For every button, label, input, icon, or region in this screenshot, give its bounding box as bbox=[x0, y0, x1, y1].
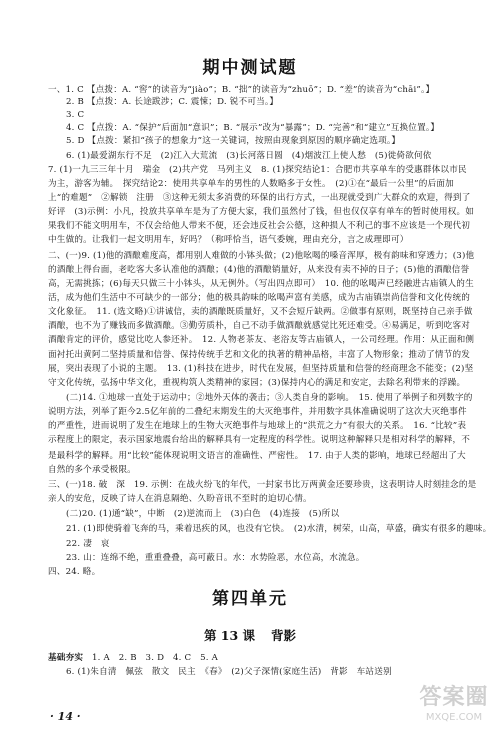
answer-line: 果我们不能文明用车，不仅会给他人带来不便，还会违反社会公德，这种损人不利己的事不… bbox=[48, 221, 470, 232]
answer-line: 二、(一)9. (1)他的酒酿难度高，都用别人难做的小钵头做；(2)他吆喝的嗓音… bbox=[48, 251, 474, 262]
answer-line: 活，成为他们生活中不可缺少的一部分；他的极具韵味的吆喝声富有美感，成为古庙镇崇尚… bbox=[48, 293, 470, 304]
answer-line: 的严重性，进而说明了发生在地球上的生物大灭绝事件与地球上的“洪荒之力”有很大的关… bbox=[48, 421, 466, 432]
watermark-logo: 答案圈 bbox=[410, 685, 498, 711]
watermark: 答案圈 MXQE.COM bbox=[410, 685, 498, 733]
answer-line: 自然的多个承受极限。 bbox=[48, 465, 136, 476]
unit-title: 第四单元 bbox=[0, 584, 500, 609]
answer-line: 三、(一)18. 破 深 19. 示例：在战火纷飞的年代，一封家书比万两黄金还要… bbox=[48, 480, 476, 491]
answer-line: 的酒酿上得台面，老吃客大多认准他的酒酿；(4)他的酒酿销量好，从来没有卖不掉的日… bbox=[48, 265, 469, 276]
lesson-answer-line: 基础夯实 1. A 2. B 3. D 4. C 5. A bbox=[48, 653, 218, 664]
answer-line: 中生做的。让我们一起文明用车，好吗？（称呼恰当，语气委婉，理由充分，言之成理即可… bbox=[48, 235, 409, 246]
answer-line: 好评 (3)示例：小凡，投放共享单车是为了方便大家，我们虽然付了钱，但也仅仅享有… bbox=[48, 207, 474, 218]
answer-line: (二)20. (1)通“缺”，中断 (2)逆流而上 (3)白色 (4)连接 (5… bbox=[66, 509, 339, 520]
answer-text: 6. (1)朱自清 佩弦 散文 民主 《春》 (2)父子深情(家庭生活) 背影 … bbox=[66, 667, 392, 677]
section-label: 基础夯实 bbox=[48, 653, 83, 663]
lesson-answer-line: 6. (1)朱自清 佩弦 散文 民主 《春》 (2)父子深情(家庭生活) 背影 … bbox=[66, 667, 392, 678]
answer-line: 3. C bbox=[66, 110, 84, 121]
answer-line: 亲人的安危，反映了诗人在消息隔绝、久盼音讯不至时的迫切心情。 bbox=[48, 494, 312, 505]
answer-line: 为主，游客为辅。 探究结论2：使用共享单车的男性的人数略多于女性。 (2)①在“… bbox=[48, 179, 454, 190]
answer-line: 21. (1)即使骑着飞奔的马，乘着迅疾的风，也没有它快。 (2)水清，树荣，山… bbox=[66, 524, 491, 535]
page-number: · 14 · bbox=[50, 710, 81, 723]
answer-line: 4. C 【点拨：A. “保护”后面加“意识”；B. “展示”改为“暴露”；D.… bbox=[66, 123, 439, 134]
answer-line: 22. 凄 哀 bbox=[66, 539, 110, 550]
answer-line: 四、24. 略。 bbox=[48, 567, 100, 578]
lesson-title: 第 13 课背影 bbox=[0, 626, 500, 644]
lesson-number: 第 13 课 bbox=[204, 628, 255, 643]
answer-line: 5. D 【点拨：紧扣“孩子的想象力”这一关键词，按照由现象到原因的顺序确定选项… bbox=[66, 136, 400, 147]
answer-line: (二)14. ①地球一直处于运动中；②地外天体的袭击；③人类自身的影响。 15.… bbox=[66, 393, 473, 404]
answer-line: 酒酿，也不为了赚钱而多做酒酿。③勤劳质朴，自己不动手做酒酿就感觉比死还难受。④易… bbox=[48, 321, 470, 332]
answer-line: 展，突出表现了小说的主题。 13. (1)科技在进步，时代在发展，但坚持质量和信… bbox=[48, 364, 473, 375]
section-title: 期中测试题 bbox=[0, 53, 500, 78]
answer-text: 1. A 2. B 3. D 4. C 5. A bbox=[83, 653, 218, 663]
answer-line: 6. (1)最爱湖东行不足 (2)江入大荒流 (3)长河落日圆 (4)烟波江上使… bbox=[66, 151, 432, 162]
answer-page: 期中测试题 一、1. C 【点拨：A. “窖”的读音为“jiào”；B. “拙”… bbox=[0, 0, 500, 734]
answer-line: 7. (1)一九三三年十月 瑞金 (2)共产党 马列主义 8. (1)探究结论1… bbox=[48, 165, 467, 176]
answer-line: 上“的难题” ②解锁 注册 ③这种无须太多消费的环保的出行方式，一出现就受到广大… bbox=[48, 193, 471, 204]
answer-line: 酒酿肯定的评价，感觉比吃人参还补。 12. 人物老茶友、老浴友等古庙镇人，一公司… bbox=[48, 335, 474, 346]
answer-line: 文化象征。 11. (选文略)①讲诚信，卖的酒酿既质量好，又不会短斤缺两。②做事… bbox=[48, 307, 473, 318]
watermark-url: MXQE.COM bbox=[410, 711, 498, 725]
answer-line: 示程度上的限定，表示国家地震台给出的解释具有一定程度的科学性。说明这种解释只是相… bbox=[48, 435, 470, 446]
lesson-name: 背影 bbox=[271, 628, 296, 643]
answer-line: 面衬托出黄阿二坚持质量和信誉、保持传统手艺和文化的执著的精神品格，丰富了人物形象… bbox=[48, 350, 470, 361]
answer-line: 高，无需挑拣；(6)每天只做三十小钵头，从无例外。（写出四点即可） 10. 他的… bbox=[48, 279, 474, 290]
answer-line: 一、1. C 【点拨：A. “窖”的读音为“jiào”；B. “拙”的读音为“z… bbox=[48, 85, 434, 96]
answer-line: 是最科学的解释。用“比较”能体现说明文语言的准确性、严密性。 17. 由于人类的… bbox=[48, 451, 466, 462]
answer-line: 2. B 【点拨：A. 长途跋涉；C. 震悚；D. 锐不可当。】 bbox=[66, 97, 278, 108]
answer-line: 23. 山：连绵不绝，重重叠叠，高可蔽日。水：水势险恶，水位高，水流急。 bbox=[66, 553, 365, 564]
answer-line: 说明方法，列举了距今2.5亿年前的二叠纪末期发生的大灭绝事件，并用数字具体准确说… bbox=[48, 407, 467, 418]
answer-line: 守文化传统，弘扬中华文化，重视构筑人类精神的家园；(3)保持内心的满足和安定，去… bbox=[48, 378, 465, 389]
